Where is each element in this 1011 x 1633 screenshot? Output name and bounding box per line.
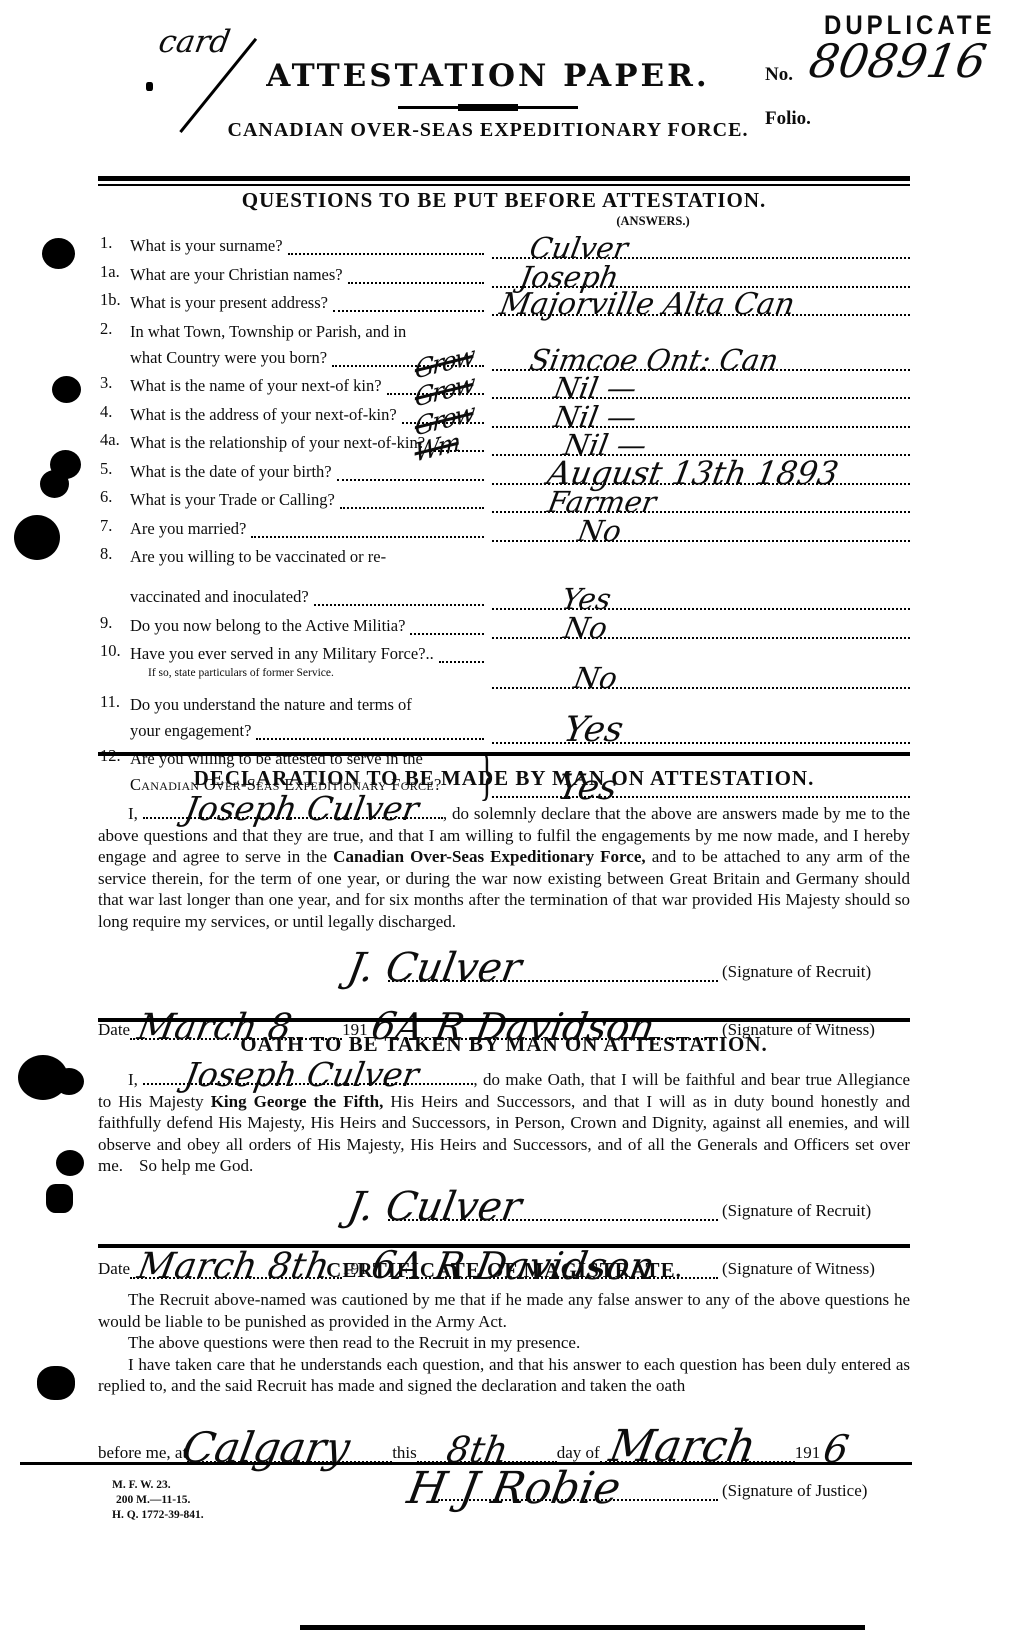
recruit-signature-label: (Signature of Recruit) [722,1201,910,1221]
question-number: 1. [100,233,112,253]
answer-line: Yes [492,718,910,744]
body-text-bold: Canadian Over-Seas Expeditionary Force, [333,847,645,866]
question-number: 9. [100,613,112,633]
recruit-signature-line: J. Culver [388,1197,718,1221]
body-text-bold: King George the Fifth, [211,1092,384,1111]
page-title: ATTESTATION PAPER. [188,58,788,94]
day-line: 8th [417,1439,557,1463]
question-number: 2. [100,319,112,339]
place-line: Calgary [187,1439,392,1463]
answer-line: GrowSimcoe Ont: Can [492,345,910,371]
section-rule [98,176,910,186]
handwritten-name: Joseph Culver [152,792,421,825]
question-note: If so, state particulars of former Servi… [130,667,486,680]
month-line: March [600,1439,795,1463]
question-number: 4a. [100,430,120,450]
question-text: Do you now belong to the Active Militia? [130,613,405,639]
duplicate-stamp: DUPLICATE [824,10,996,41]
question-number: 3. [100,373,112,393]
handwritten-answer: Yes [561,713,626,748]
answer-line: No [492,613,910,639]
answer-line: GrowNil — [492,373,910,399]
ink-blot [14,515,60,560]
dot-leader [288,253,484,255]
certificate-paragraph: The above questions were then read to th… [98,1332,910,1354]
before-me-row: before me, at Calgary this 8th day of Ma… [98,1419,910,1463]
form-codes: M. F. W. 23. 200 M.—11-15. H. Q. 1772-39… [112,1478,204,1523]
question-row: 1b. What is your present address? Majorv… [98,290,910,316]
dot-leader [340,507,484,509]
justice-signature-line: H J Robie [438,1477,718,1501]
ink-blot [40,470,69,498]
no-label: No. [765,64,811,86]
question-number: 1b. [100,290,121,310]
section-rule [98,1244,910,1248]
certificate-paragraph: I have taken care that he understands ea… [98,1354,910,1397]
recruit-signature: J. Culver [344,948,524,988]
question-text: What is your Trade or Calling? [130,487,335,513]
question-number: 5. [100,459,112,479]
question-text: What is your present address? [130,290,328,316]
question-row: 5. What is the date of your birth? Augus… [98,459,910,485]
oath-title: OATH TO BE TAKEN BY MAN ON ATTESTATION. [98,1032,910,1057]
question-row: 6. What is your Trade or Calling? Farmer [98,487,910,513]
handwritten-answer: Culver [527,234,630,263]
handwritten-answer: Majorville Alta Can [497,290,797,320]
question-row: 4. What is the address of your next-of-k… [98,402,910,428]
question-text: your engagement? [130,718,251,744]
justice-signature-label: (Signature of Justice) [722,1481,910,1501]
answers-label: (ANSWERS.) [553,214,753,229]
question-row: 4a. What is the relationship of your nex… [98,430,910,456]
question-text: What is your surname? [130,233,283,259]
form-code: H. Q. 1772-39-841. [112,1508,204,1523]
question-text: what Country were you born? [130,345,327,371]
answer-line: Yes [492,584,910,610]
so-help-me-god: So help me God. [139,1156,253,1175]
recruit-signature: J. Culver [344,1187,524,1227]
handwritten-answer: No [571,664,619,693]
scan-artifact-bar [300,1625,865,1630]
header-main: ATTESTATION PAPER. CANADIAN OVER-SEAS EX… [188,58,788,142]
title-divider [398,106,578,109]
answer-line: GrowNil — [492,402,910,428]
ink-blot [52,376,81,403]
question-number: 6. [100,487,112,507]
question-row: 11. Do you understand the nature and ter… [98,692,910,744]
handwritten-answer: August 13th 1893 [545,457,841,489]
question-row: 7. Are you married? No [98,516,910,542]
answer-line: WmNil — [492,430,910,456]
questions-title: QUESTIONS TO BE PUT BEFORE ATTESTATION. [98,188,910,213]
questions-section: QUESTIONS TO BE PUT BEFORE ATTESTATION. … [98,188,910,801]
declaration-title: DECLARATION TO BE MADE BY MAN ON ATTESTA… [98,766,910,791]
answer-line: Farmer [492,487,910,513]
section-rule [98,752,910,756]
question-text: What are your Christian names? [130,262,343,288]
recruit-signature-line: J. Culver [388,958,718,982]
declaration-body: I, Joseph Culver, do solemnly declare th… [98,797,910,932]
question-row: 8. Are you willing to be vaccinated or r… [98,544,910,610]
form-code: M. F. W. 23. [112,1478,204,1493]
question-row: 1. What is your surname? Culver [98,233,910,259]
name-line: Joseph Culver [143,797,443,819]
answer-line: No [492,663,910,689]
question-text: Have you ever served in any Military For… [130,641,434,667]
question-number: 4. [100,402,112,422]
handwritten-answer: Farmer [545,488,658,517]
question-number: 8. [100,544,112,564]
ink-blot [54,1068,84,1095]
question-number: 7. [100,516,112,536]
justice-signature: H J Robie [404,1467,624,1511]
question-text: Do you understand the nature and terms o… [130,692,486,718]
page-subtitle: CANADIAN OVER-SEAS EXPEDITIONARY FORCE. [188,119,788,142]
oath-body: I, Joseph Culver, do make Oath, that I w… [98,1063,910,1177]
footer-rule [20,1462,912,1465]
recruit-signature-row: J. Culver (Signature of Recruit) [98,958,910,982]
year-printed: 191 [795,1443,821,1463]
name-line: Joseph Culver [143,1063,473,1085]
ink-blot [46,1184,73,1213]
question-row: 1a. What are your Christian names? Josep… [98,262,910,288]
question-text: What is the relationship of your next-of… [130,430,425,456]
certificate-title: CERTIFICATE OF MAGISTRATE. [98,1258,910,1283]
answer-line: Majorville Alta Can [492,290,910,316]
ink-blot [42,238,75,269]
before-me-label: before me, at [98,1443,187,1463]
intro-label: I, [128,1070,138,1089]
dot-leader [251,536,484,538]
handwritten-answer: Yes [559,585,613,614]
dot-leader [333,310,484,312]
oath-section: OATH TO BE TAKEN BY MAN ON ATTESTATION. … [98,1028,910,1279]
form-code: 200 M.—11-15. [112,1493,204,1508]
question-text: Are you married? [130,516,246,542]
regimental-number-handwritten: 808916 [805,34,990,88]
question-text: What is the address of your next-of-kin? [130,402,397,428]
section-rule [98,1018,910,1022]
recruit-signature-label: (Signature of Recruit) [722,962,910,982]
answer-line: Joseph [492,262,910,288]
question-text: vaccinated and inoculated? [130,584,309,610]
declaration-section: DECLARATION TO BE MADE BY MAN ON ATTESTA… [98,762,910,1040]
question-row: 3. What is the name of your next-of kin?… [98,373,910,399]
question-number: 1a. [100,262,120,282]
handwritten-name: Joseph Culver [152,1058,421,1091]
justice-signature-row: H J Robie (Signature of Justice) [98,1477,910,1501]
day-of-label: day of [557,1443,600,1463]
question-row: 2. In what Town, Township or Parish, and… [98,319,910,371]
question-text: What is the name of your next-of kin? [130,373,382,399]
answer-line: No [492,516,910,542]
answer-line: August 13th 1893 [492,459,910,485]
question-row: 10. Have you ever served in any Military… [98,641,910,689]
recruit-signature-row: J. Culver (Signature of Recruit) [98,1197,910,1221]
question-text: Are you willing to be vaccinated or re- [130,544,486,570]
folio-label: Folio. [765,108,811,130]
ink-blot [56,1150,84,1176]
question-number: 11. [100,692,120,712]
ink-blot [37,1366,75,1400]
dot-leader [410,633,484,635]
handwritten-answer: Nil — [551,374,638,403]
question-text: What is the date of your birth? [130,459,332,485]
dot-leader [337,479,484,481]
dot-leader [348,282,484,284]
header: card ATTESTATION PAPER. CANADIAN OVER-SE… [98,0,910,176]
card-annotation: card [156,24,233,60]
this-label: this [392,1443,417,1463]
attestation-paper-scan: card ATTESTATION PAPER. CANADIAN OVER-SE… [0,0,1011,1633]
handwritten-answer: No [561,614,609,643]
answer-line: Culver [492,233,910,259]
question-text: In what Town, Township or Parish, and in [130,319,486,345]
question-number: 10. [100,641,121,661]
question-row: 9. Do you now belong to the Active Milit… [98,613,910,639]
intro-label: I, [128,804,138,823]
handwritten-answer: No [575,517,623,546]
dot-leader [439,661,484,663]
dot-leader [314,604,484,606]
certificate-paragraph: The Recruit above-named was cautioned by… [98,1289,910,1332]
dot-leader [256,738,484,740]
